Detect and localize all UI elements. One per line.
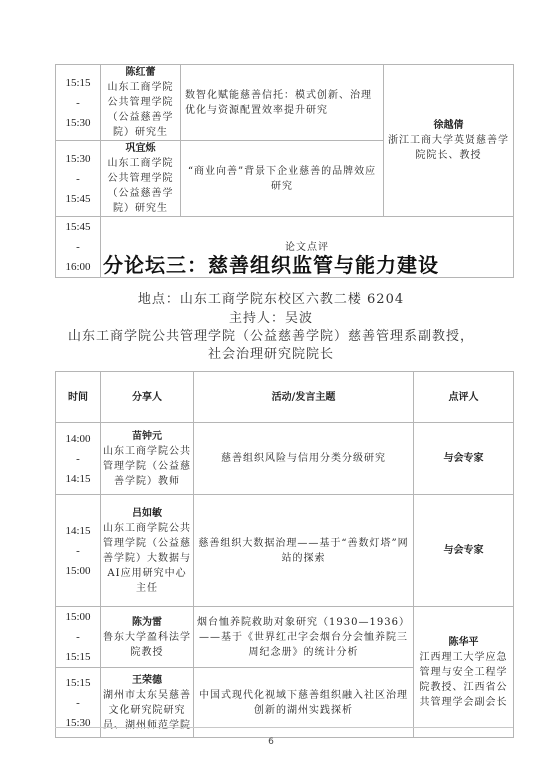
- schedule-table-continued: 15:15 - 15:30 陈红蕾 山东工商学院公共管理学院（公益慈善学院）研究…: [55, 64, 514, 278]
- speaker-affiliation: 山东工商学院公共管理学院（公益慈善学院）教师: [103, 444, 191, 489]
- time-start: 15:15: [65, 677, 90, 689]
- location-text: 地点：山东工商学院东校区六教二楼 6204: [0, 291, 542, 309]
- reviewer-cell: 陈华平 江西理工大学应急管理与安全工程学院教授、江西省公共管理学会副会长: [414, 607, 514, 738]
- topic-cell: “商业向善”背景下企业慈善的品牌效应研究: [181, 141, 384, 217]
- schedule-table: 时间 分享人 活动/发言主题 点评人 14:00 - 14:15 苗钟元 山东工…: [55, 371, 514, 738]
- speaker-affiliation: 山东工商学院公共管理学院（公益慈善学院）研究生: [103, 156, 178, 216]
- time-start: 14:15: [65, 525, 90, 537]
- host-title-line1: 山东工商学院公共管理学院（公益慈善学院）慈善管理系副教授，: [0, 328, 542, 346]
- time-sep: -: [76, 453, 80, 465]
- section-title: 分论坛三：慈善组织监管与能力建设: [0, 249, 542, 278]
- speaker-cell: 苗钟元 山东工商学院公共管理学院（公益慈善学院）教师: [101, 423, 194, 495]
- time-sep: -: [76, 697, 80, 709]
- topic-cell: 慈善组织大数据治理——基于“善数灯塔”网站的探索: [194, 495, 414, 607]
- time-end: 14:15: [65, 473, 90, 485]
- time-cell: 15:00 - 15:15: [56, 607, 101, 668]
- time-sep: -: [76, 631, 80, 643]
- time-end: 15:45: [65, 193, 90, 205]
- time-start: 15:15: [65, 77, 90, 89]
- table-row: 15:15 - 15:30 陈红蕾 山东工商学院公共管理学院（公益慈善学院）研究…: [56, 65, 514, 141]
- speaker-name: 王荣德: [103, 673, 191, 688]
- topic-cell: 烟台恤养院救助对象研究（1930—1936）——基于《世界红卍字会烟台分会恤养院…: [194, 607, 414, 668]
- table-row: 15:00 - 15:15 陈为雷 鲁东大学盈科法学院教授 烟台恤养院救助对象研…: [56, 607, 514, 668]
- reviewer-name: 陈华平: [416, 635, 511, 650]
- table-row: 14:00 - 14:15 苗钟元 山东工商学院公共管理学院（公益慈善学院）教师…: [56, 423, 514, 495]
- host-text: 主持人：吴波: [0, 310, 542, 328]
- reviewer-cell: 徐越倩 浙江工商大学英贤慈善学院院长、教授: [384, 65, 514, 217]
- footer-divider: [55, 727, 513, 728]
- time-start: 15:30: [65, 153, 90, 165]
- time-start: 15:45: [65, 221, 90, 233]
- time-start: 15:00: [65, 611, 90, 623]
- reviewer-affiliation: 浙江工商大学英贤慈善学院院长、教授: [386, 133, 511, 163]
- speaker-affiliation: 山东工商学院公共管理学院（公益慈善学院）研究生: [103, 80, 178, 140]
- header-reviewer: 点评人: [414, 372, 514, 423]
- table-header-row: 时间 分享人 活动/发言主题 点评人: [56, 372, 514, 423]
- header-topic: 活动/发言主题: [194, 372, 414, 423]
- speaker-cell: 巩宜烁 山东工商学院公共管理学院（公益慈善学院）研究生: [101, 141, 181, 217]
- time-cell: 15:15 - 15:30: [56, 65, 101, 141]
- speaker-name: 苗钟元: [103, 429, 191, 444]
- speaker-cell: 陈红蕾 山东工商学院公共管理学院（公益慈善学院）研究生: [101, 65, 181, 141]
- time-cell: 15:30 - 15:45: [56, 141, 101, 217]
- time-end: 15:15: [65, 651, 90, 663]
- table-row: 14:15 - 15:00 吕如敏 山东工商学院公共管理学院（公益慈善学院）大数…: [56, 495, 514, 607]
- speaker-name: 陈红蕾: [103, 65, 178, 80]
- time-start: 14:00: [65, 433, 90, 445]
- speaker-name: 陈为雷: [103, 615, 191, 630]
- time-sep: -: [76, 173, 80, 185]
- header-speaker: 分享人: [101, 372, 194, 423]
- reviewer-cell: 与会专家: [414, 423, 514, 495]
- speaker-affiliation: 鲁东大学盈科法学院教授: [103, 630, 191, 660]
- speaker-name: 吕如敏: [103, 506, 191, 521]
- speaker-cell: 吕如敏 山东工商学院公共管理学院（公益慈善学院）大数据与AI应用研究中心主任: [101, 495, 194, 607]
- speaker-name: 巩宜烁: [103, 141, 178, 156]
- time-sep: -: [76, 545, 80, 557]
- speaker-cell: 陈为雷 鲁东大学盈科法学院教授: [101, 607, 194, 668]
- reviewer-affiliation: 江西理工大学应急管理与安全工程学院教授、江西省公共管理学会副会长: [416, 650, 511, 710]
- speaker-affiliation: 山东工商学院公共管理学院（公益慈善学院）大数据与AI应用研究中心主任: [103, 521, 191, 596]
- time-end: 15:30: [65, 117, 90, 129]
- topic-cell: 数智化赋能慈善信托：模式创新、治理优化与资源配置效率提升研究: [181, 65, 384, 141]
- page-number: 6: [0, 737, 542, 747]
- time-sep: -: [76, 97, 80, 109]
- speaker-affiliation: 湖州市太东吴慈善文化研究院研究员、湖州师范学院: [103, 688, 191, 733]
- topic-cell: 慈善组织风险与信用分类分级研究: [194, 423, 414, 495]
- time-end: 15:00: [65, 565, 90, 577]
- reviewer-name: 徐越倩: [386, 118, 511, 133]
- header-time: 时间: [56, 372, 101, 423]
- time-cell: 14:15 - 15:00: [56, 495, 101, 607]
- time-cell: 14:00 - 14:15: [56, 423, 101, 495]
- host-title-line2: 社会治理研究院院长: [0, 346, 542, 364]
- reviewer-cell: 与会专家: [414, 495, 514, 607]
